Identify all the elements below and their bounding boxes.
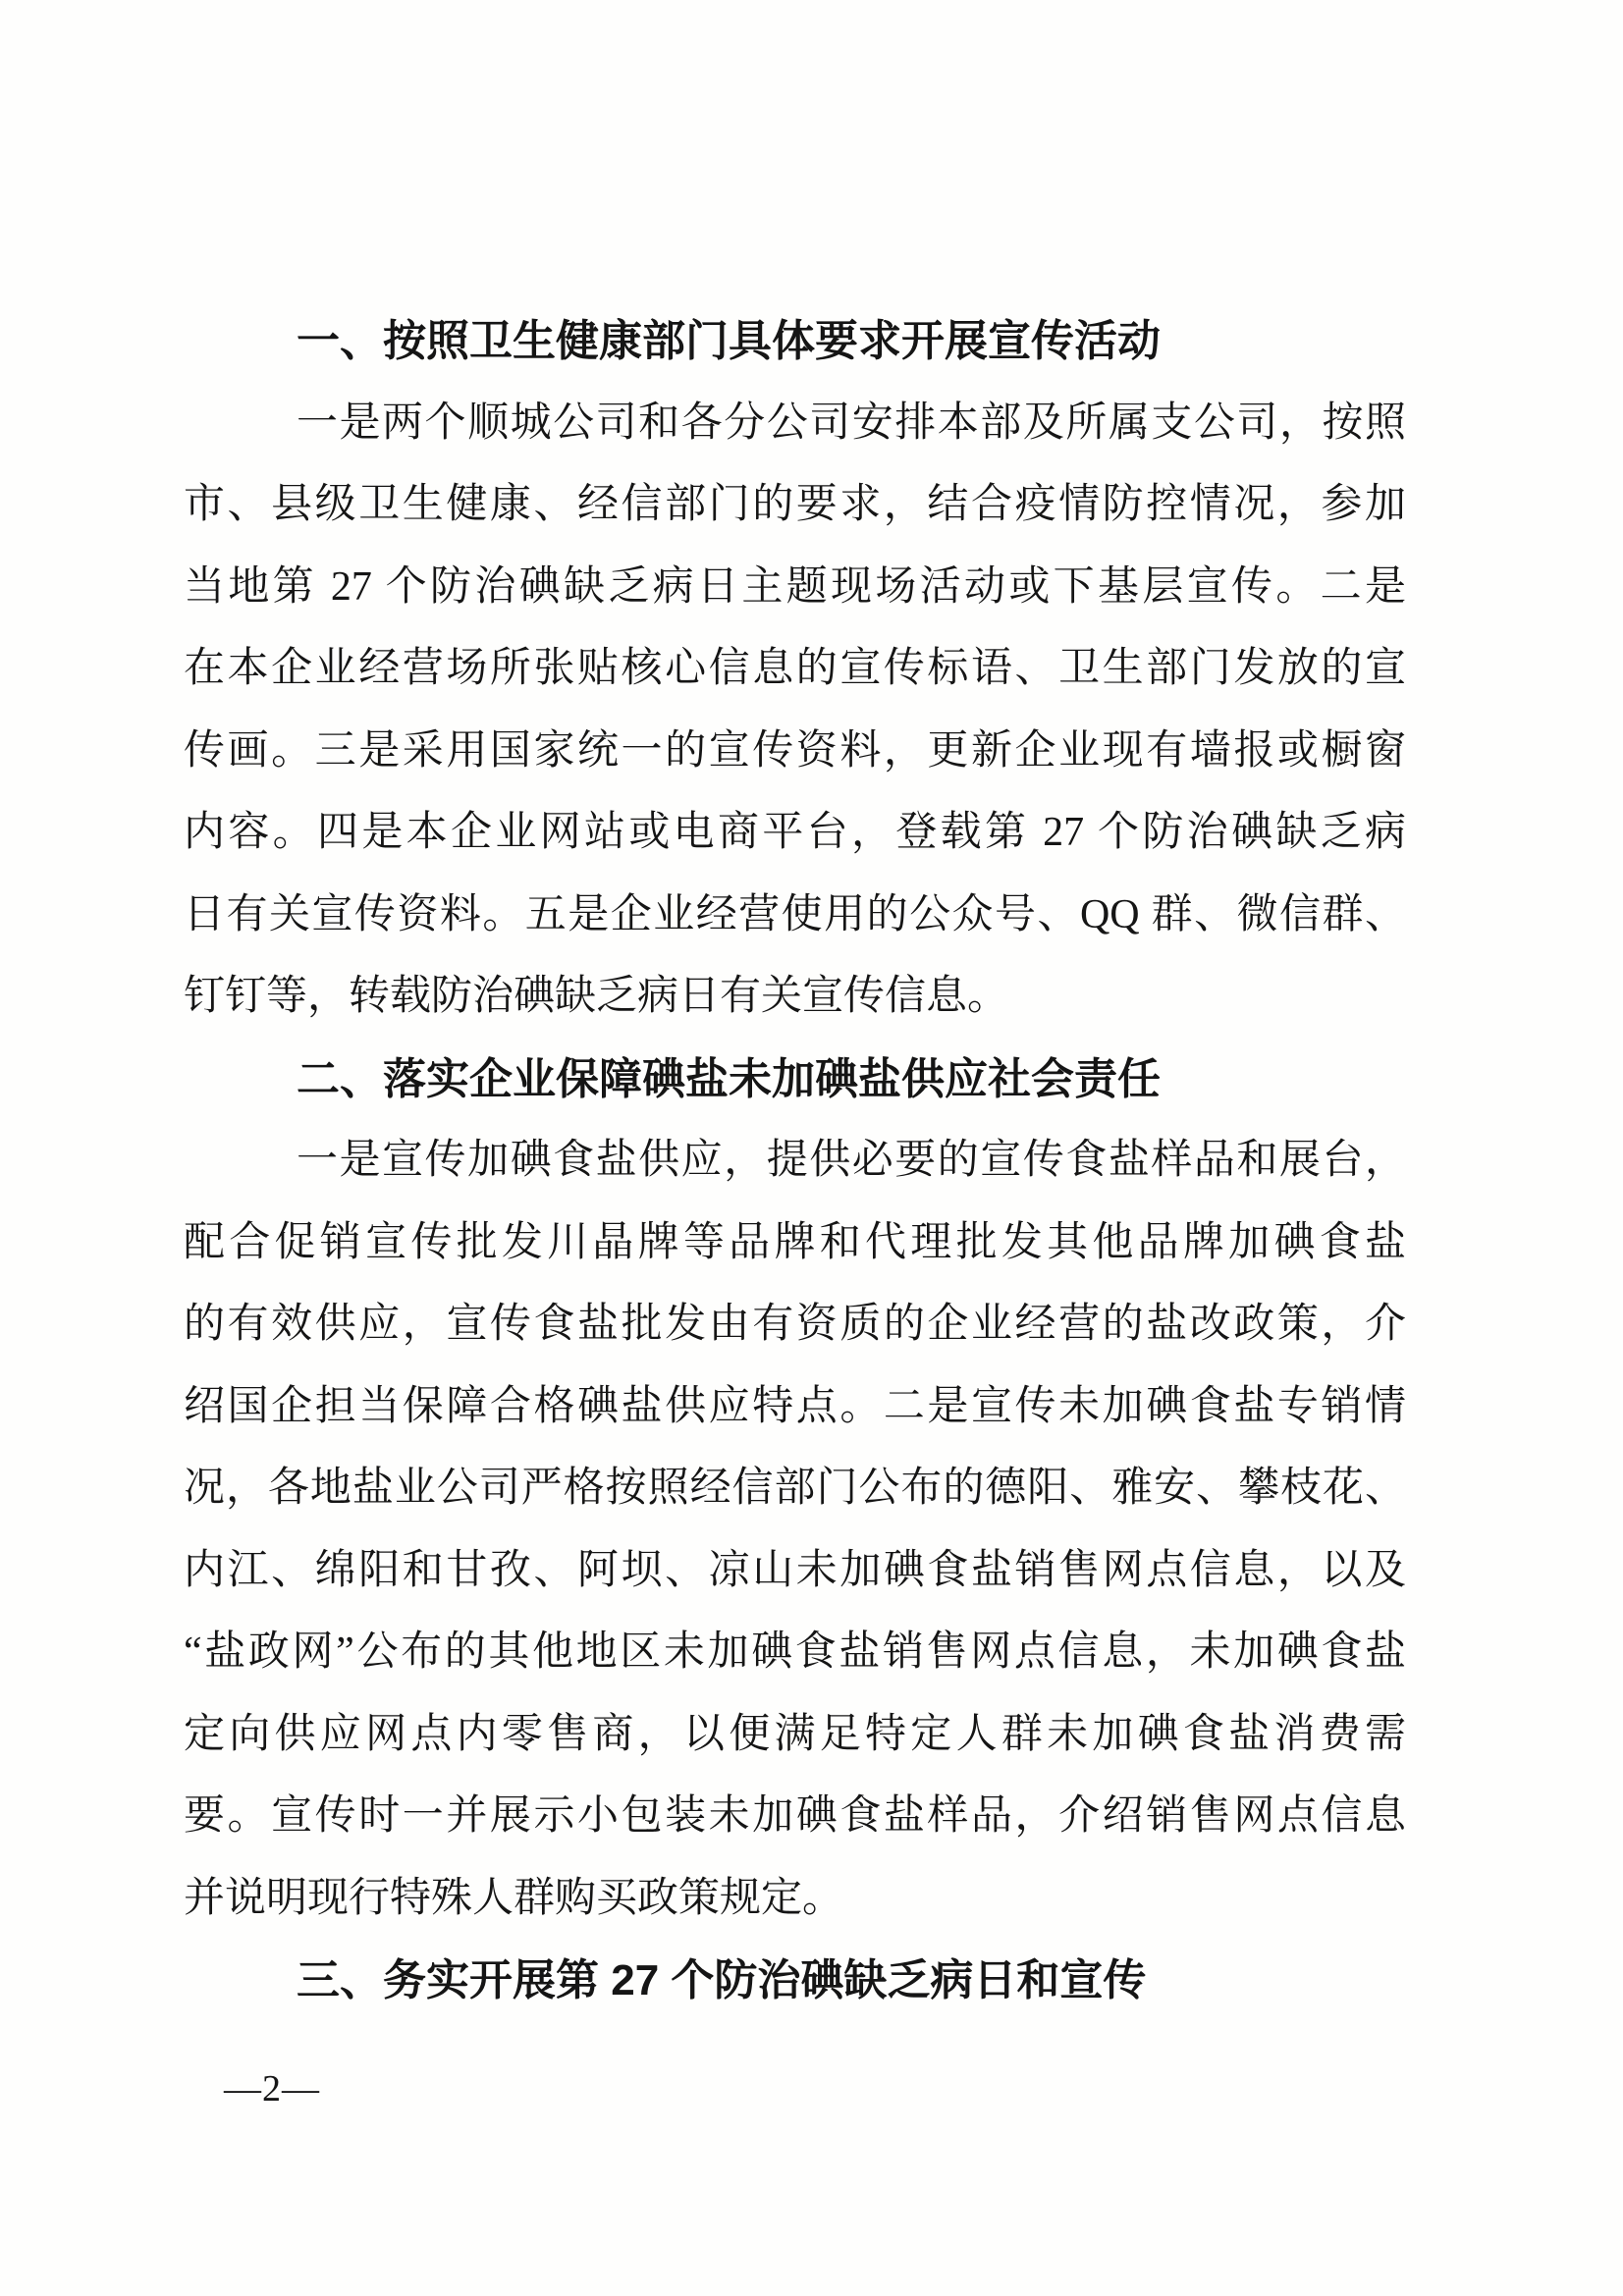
paragraph-2-line-8: 定向供应网点内零售商，以便满足特定人群未加碘食盐消费需 <box>184 1694 1406 1777</box>
paragraph-2-line-6: 内江、绵阳和甘孜、阿坝、凉山未加碘食盐销售网点信息，以及 <box>184 1530 1406 1613</box>
paragraph-1-line-3: 当地第 27 个防治碘缺乏病日主题现场活动或下基层宣传。二是 <box>184 547 1406 629</box>
paragraph-2-line-5: 况，各地盐业公司严格按照经信部门公布的德阳、雅安、攀枝花、 <box>184 1448 1406 1530</box>
section-1-heading: 一、按照卫生健康部门具体要求开展宣传活动 <box>184 300 1406 383</box>
paragraph-2-line-7: “盐政网”公布的其他地区未加碘食盐销售网点信息，未加碘食盐 <box>184 1612 1406 1694</box>
paragraph-1-line-8: 钉钉等，转载防治碘缺乏病日有关宣传信息。 <box>184 956 1406 1039</box>
page-number: —2— <box>224 2064 320 2113</box>
paragraph-1-line-1: 一是两个顺城公司和各分公司安排本部及所属支公司，按照 <box>184 383 1406 465</box>
document-body: 一、按照卫生健康部门具体要求开展宣传活动 一是两个顺城公司和各分公司安排本部及所… <box>184 300 1406 2022</box>
paragraph-1-line-6: 内容。四是本企业网站或电商平台，登载第 27 个防治碘缺乏病 <box>184 792 1406 875</box>
paragraph-2-line-10: 并说明现行特殊人群购买政策规定。 <box>184 1858 1406 1941</box>
section-3-heading: 三、务实开展第 27 个防治碘缺乏病日和宣传 <box>184 1940 1406 2022</box>
paragraph-2-line-9: 要。宣传时一并展示小包装未加碘食盐样品，介绍销售网点信息 <box>184 1776 1406 1858</box>
paragraph-1-line-4: 在本企业经营场所张贴核心信息的宣传标语、卫生部门发放的宣 <box>184 628 1406 711</box>
paragraph-2-line-1: 一是宣传加碘食盐供应，提供必要的宣传食盐样品和展台， <box>184 1120 1406 1202</box>
paragraph-2-line-3: 的有效供应，宣传食盐批发由有资质的企业经营的盐改政策，介 <box>184 1284 1406 1366</box>
paragraph-2-line-4: 绍国企担当保障合格碘盐供应特点。二是宣传未加碘食盐专销情 <box>184 1366 1406 1449</box>
paragraph-1-line-2: 市、县级卫生健康、经信部门的要求，结合疫情防控情况，参加 <box>184 464 1406 547</box>
document-page: 一、按照卫生健康部门具体要求开展宣传活动 一是两个顺城公司和各分公司安排本部及所… <box>0 0 1623 2296</box>
section-2-heading: 二、落实企业保障碘盐未加碘盐供应社会责任 <box>184 1039 1406 1121</box>
paragraph-1-line-7: 日有关宣传资料。五是企业经营使用的公众号、QQ 群、微信群、 <box>184 875 1406 957</box>
paragraph-2-line-2: 配合促销宣传批发川晶牌等品牌和代理批发其他品牌加碘食盐 <box>184 1202 1406 1285</box>
paragraph-1-line-5: 传画。三是采用国家统一的宣传资料，更新企业现有墙报或橱窗 <box>184 711 1406 793</box>
